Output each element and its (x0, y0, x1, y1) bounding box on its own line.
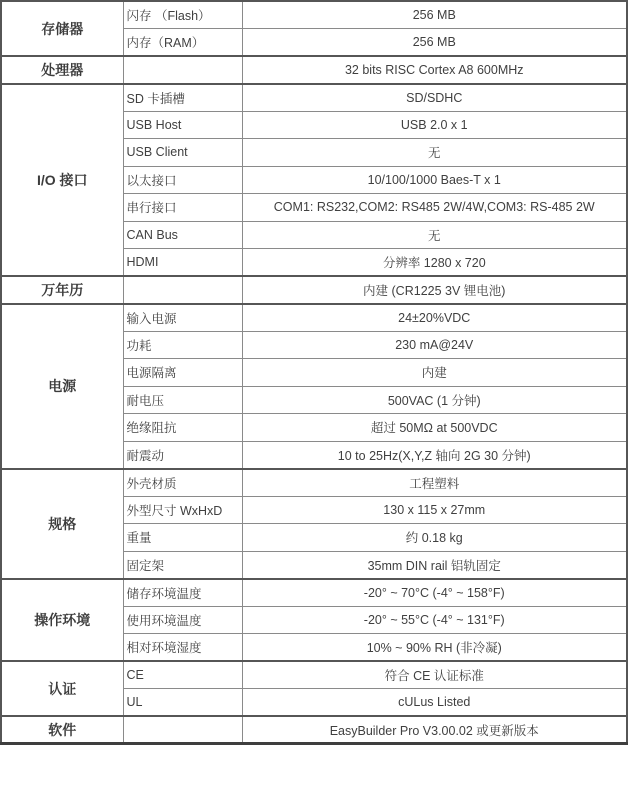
spec-value: 32 bits RISC Cortex A8 600MHz (242, 56, 627, 84)
spec-label: USB Host (123, 111, 242, 139)
spec-value: 130 x 115 x 27mm (242, 496, 627, 524)
table-row: I/O 接口 SD 卡插槽 SD/SDHC (1, 84, 627, 112)
spec-value: 256 MB (242, 29, 627, 57)
spec-label: 使用环境温度 (123, 606, 242, 634)
spec-value: USB 2.0 x 1 (242, 111, 627, 139)
category-specs: 规格 (1, 469, 123, 579)
spec-sheet-page: 存储器 闪存 （Flash） 256 MB 内存（RAM） 256 MB 处理器… (0, 0, 628, 800)
spec-value: 符合 CE 认证标准 (242, 661, 627, 689)
table-row: 万年历 内建 (CR1225 3V 锂电池) (1, 276, 627, 304)
table-row: 规格 外壳材质 工程塑料 (1, 469, 627, 497)
table-row: 处理器 32 bits RISC Cortex A8 600MHz (1, 56, 627, 84)
table-row: 电源 输入电源 24±20%VDC (1, 304, 627, 332)
spec-value: 256 MB (242, 1, 627, 29)
spec-value: 10% ~ 90% RH (非冷凝) (242, 634, 627, 662)
spec-label: HDMI (123, 249, 242, 277)
spec-label: 相对环境湿度 (123, 634, 242, 662)
category-rtc: 万年历 (1, 276, 123, 304)
category-storage: 存储器 (1, 1, 123, 56)
spec-label: 固定架 (123, 551, 242, 579)
spec-value: 230 mA@24V (242, 331, 627, 359)
spec-value: 无 (242, 221, 627, 249)
spec-label: 输入电源 (123, 304, 242, 332)
table-row: 认证 CE 符合 CE 认证标准 (1, 661, 627, 689)
category-certification: 认证 (1, 661, 123, 716)
spec-label (123, 56, 242, 84)
spec-label: 串行接口 (123, 194, 242, 222)
spec-label: UL (123, 689, 242, 717)
table-row: 软件 EasyBuilder Pro V3.00.02 或更新版本 (1, 716, 627, 744)
spec-value: cULus Listed (242, 689, 627, 717)
spec-label: 以太接口 (123, 166, 242, 194)
spec-label (123, 276, 242, 304)
spec-value: SD/SDHC (242, 84, 627, 112)
spec-value: 10 to 25Hz(X,Y,Z 轴向 2G 30 分钟) (242, 441, 627, 469)
spec-value: 分辨率 1280 x 720 (242, 249, 627, 277)
spec-value: -20° ~ 55°C (-4° ~ 131°F) (242, 606, 627, 634)
spec-value: 超过 50MΩ at 500VDC (242, 414, 627, 442)
table-row: 存储器 闪存 （Flash） 256 MB (1, 1, 627, 29)
spec-value: 内建 (CR1225 3V 锂电池) (242, 276, 627, 304)
category-processor: 处理器 (1, 56, 123, 84)
category-environment: 操作环境 (1, 579, 123, 662)
spec-table: 存储器 闪存 （Flash） 256 MB 内存（RAM） 256 MB 处理器… (0, 0, 628, 745)
spec-value: 约 0.18 kg (242, 524, 627, 552)
spec-label: CAN Bus (123, 221, 242, 249)
spec-label: 耐电压 (123, 386, 242, 414)
spec-label: 内存（RAM） (123, 29, 242, 57)
spec-value: 工程塑料 (242, 469, 627, 497)
spec-label: CE (123, 661, 242, 689)
spec-label: 功耗 (123, 331, 242, 359)
category-power: 电源 (1, 304, 123, 469)
spec-label: 闪存 （Flash） (123, 1, 242, 29)
spec-value: 24±20%VDC (242, 304, 627, 332)
spec-label: 重量 (123, 524, 242, 552)
spec-label: 外型尺寸 WxHxD (123, 496, 242, 524)
spec-value: EasyBuilder Pro V3.00.02 或更新版本 (242, 716, 627, 744)
spec-value: COM1: RS232,COM2: RS485 2W/4W,COM3: RS-4… (242, 194, 627, 222)
spec-label: USB Client (123, 139, 242, 167)
spec-value: 10/100/1000 Baes-T x 1 (242, 166, 627, 194)
spec-label: 储存环境温度 (123, 579, 242, 607)
spec-label: SD 卡插槽 (123, 84, 242, 112)
category-software: 软件 (1, 716, 123, 744)
spec-value: 无 (242, 139, 627, 167)
spec-label (123, 716, 242, 744)
spec-label: 绝缘阻抗 (123, 414, 242, 442)
spec-label: 外壳材质 (123, 469, 242, 497)
table-row: 操作环境 储存环境温度 -20° ~ 70°C (-4° ~ 158°F) (1, 579, 627, 607)
spec-value: 500VAC (1 分钟) (242, 386, 627, 414)
spec-label: 耐震动 (123, 441, 242, 469)
spec-value: 35mm DIN rail 铝轨固定 (242, 551, 627, 579)
spec-value: -20° ~ 70°C (-4° ~ 158°F) (242, 579, 627, 607)
spec-value: 内建 (242, 359, 627, 387)
spec-label: 电源隔离 (123, 359, 242, 387)
category-io: I/O 接口 (1, 84, 123, 277)
